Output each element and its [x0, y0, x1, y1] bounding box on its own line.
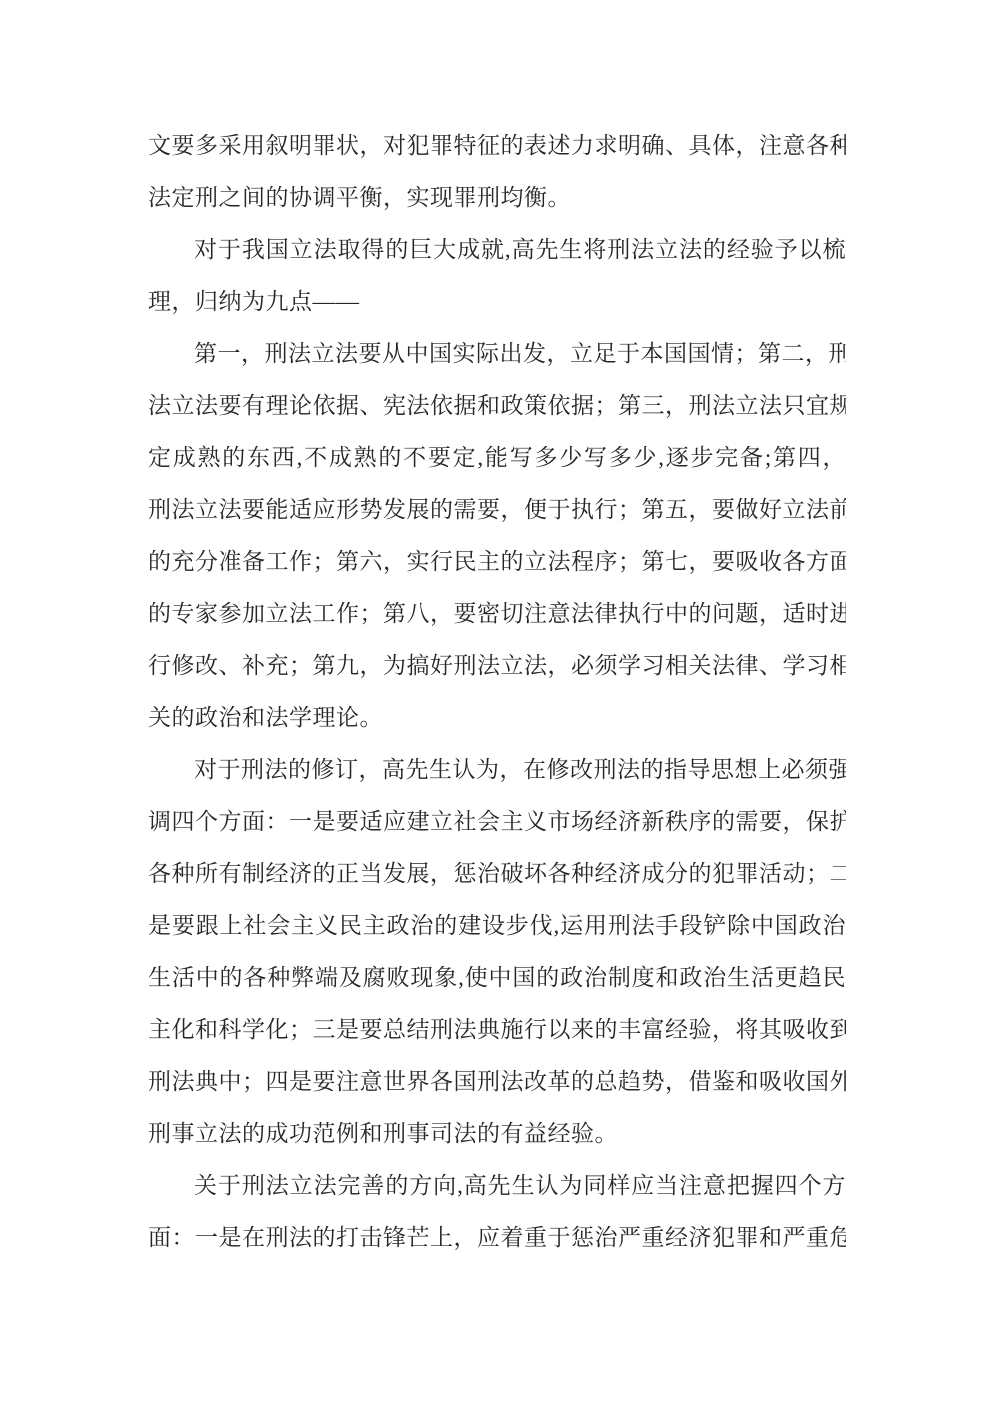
- text-line: 的充分准备工作；第六，实行民主的立法程序；第七，要吸收各方面: [148, 536, 846, 588]
- text-line: 关的政治和法学理论。: [148, 692, 846, 744]
- text-block: 文要多采用叙明罪状，对犯罪特征的表述力求明确、具体，注意各种 法定刑之间的协调平…: [148, 120, 846, 1264]
- text-line: 调四个方面：一是要适应建立社会主义市场经济新秩序的需要，保护: [148, 796, 846, 848]
- text-line: 法定刑之间的协调平衡，实现罪刑均衡。: [148, 172, 846, 224]
- text-line: 关于刑法立法完善的方向,高先生认为同样应当注意把握四个方: [148, 1160, 846, 1212]
- text-line: 第一，刑法立法要从中国实际出发，立足于本国国情；第二，刑: [148, 328, 846, 380]
- text-line: 的专家参加立法工作；第八，要密切注意法律执行中的问题，适时进: [148, 588, 846, 640]
- text-line: 文要多采用叙明罪状，对犯罪特征的表述力求明确、具体，注意各种: [148, 120, 846, 172]
- text-line: 定成熟的东西,不成熟的不要定,能写多少写多少,逐步完备;第四，: [148, 432, 846, 484]
- text-line: 理，归纳为九点——: [148, 276, 846, 328]
- text-line: 面：一是在刑法的打击锋芒上，应着重于惩治严重经济犯罪和严重危: [148, 1212, 846, 1264]
- text-line: 刑法典中；四是要注意世界各国刑法改革的总趋势，借鉴和吸收国外: [148, 1056, 846, 1108]
- text-line: 是要跟上社会主义民主政治的建设步伐,运用刑法手段铲除中国政治: [148, 900, 846, 952]
- text-line: 刑法立法要能适应形势发展的需要，便于执行；第五，要做好立法前: [148, 484, 846, 536]
- text-line: 主化和科学化；三是要总结刑法典施行以来的丰富经验，将其吸收到: [148, 1004, 846, 1056]
- text-line: 各种所有制经济的正当发展，惩治破坏各种经济成分的犯罪活动；二: [148, 848, 846, 900]
- text-line: 对于刑法的修订，高先生认为，在修改刑法的指导思想上必须强: [148, 744, 846, 796]
- document-page: 文要多采用叙明罪状，对犯罪特征的表述力求明确、具体，注意各种 法定刑之间的协调平…: [0, 0, 992, 1403]
- text-line: 法立法要有理论依据、宪法依据和政策依据；第三，刑法立法只宜规: [148, 380, 846, 432]
- text-line: 对于我国立法取得的巨大成就,高先生将刑法立法的经验予以梳: [148, 224, 846, 276]
- text-line: 生活中的各种弊端及腐败现象,使中国的政治制度和政治生活更趋民: [148, 952, 846, 1004]
- text-line: 行修改、补充；第九，为搞好刑法立法，必须学习相关法律、学习相: [148, 640, 846, 692]
- text-line: 刑事立法的成功范例和刑事司法的有益经验。: [148, 1108, 846, 1160]
